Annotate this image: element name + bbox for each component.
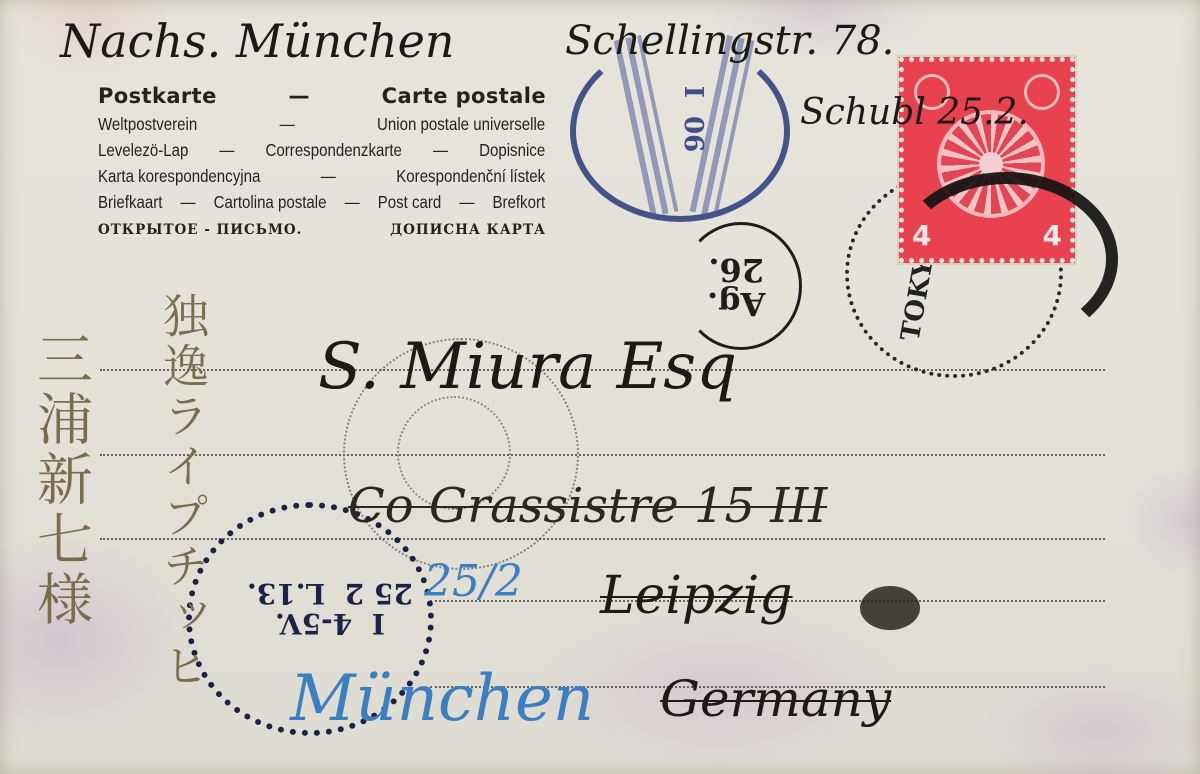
postmark-line: I <box>372 607 385 640</box>
printed-header: Postkarte — Carte postale Weltpostverein… <box>98 84 546 238</box>
stamp-corner-ornament <box>1024 74 1060 110</box>
forwarding-note: Nachs. München <box>60 14 455 68</box>
header-bulgarian: ДОПИСНА КАРТА <box>390 222 546 238</box>
header-text: Union postale universelle <box>377 114 545 134</box>
header-text: Post card <box>378 192 442 212</box>
header-text: Correspondenzkarte <box>266 140 402 160</box>
header-cyrillic: ОТКРЫТОЕ - ПИСЬМО. ДОПИСНА КАРТА <box>98 222 546 238</box>
header-line-1: Weltpostverein — Union postale universel… <box>98 114 545 134</box>
header-text: — <box>280 114 295 134</box>
blue-city-note: München <box>290 662 594 736</box>
header-text: Brefkort <box>492 192 545 212</box>
title-german: Postkarte <box>98 84 217 108</box>
header-text: — <box>219 140 234 160</box>
header-text: — <box>180 192 195 212</box>
blue-date-note: 25/2 <box>424 556 523 607</box>
header-text: — <box>321 166 336 186</box>
cancel-arc <box>894 172 1118 346</box>
struck-country: Germany <box>660 670 891 728</box>
header-text: Weltpostverein <box>98 114 197 134</box>
header-line-2: Levelezö-Lap — Correspondenzkarte — Dopi… <box>98 140 545 160</box>
forwarding-street: Schellingstr. 78. <box>565 18 894 64</box>
title-separator: — <box>288 84 309 108</box>
ink-blot <box>860 586 920 630</box>
title-french: Carte postale <box>382 84 546 108</box>
struck-city: Leipzig <box>600 566 793 626</box>
header-text: — <box>433 140 448 160</box>
header-text: Levelezö-Lap <box>98 140 188 160</box>
addressee-name: S. Miura Esq <box>318 330 737 404</box>
header-text: Karta korespondencyjna <box>98 166 260 186</box>
header-text: Briefkaart <box>98 192 162 212</box>
struck-street: Co Grassistre 15 III <box>348 478 827 534</box>
postmark-date: I 06 <box>678 86 708 152</box>
header-text: Cartolina postale <box>214 192 327 212</box>
japanese-name-column: 三浦新七様 <box>30 330 90 630</box>
postmark-line: 4-5V. <box>275 607 352 640</box>
postmark-date: I 4-5V. 25 2 L.13. <box>247 578 413 638</box>
header-text: — <box>459 192 474 212</box>
header-russian: ОТКРЫТОЕ - ПИСЬМО. <box>98 222 302 238</box>
header-line-3: Karta korespondencyjna — Korespondenční … <box>98 166 545 186</box>
header-text: Korespondenční lístek <box>396 166 545 186</box>
japanese-address-column: 独逸ライプチッヒ <box>158 292 208 692</box>
address-line <box>100 454 1105 456</box>
header-text: — <box>345 192 360 212</box>
postmark-date: Ag.26. <box>707 253 765 321</box>
postmark-line: L.13. <box>247 577 325 610</box>
forwarding-date-note: Schubl 25.2. <box>800 92 1029 133</box>
japan-postmark: I 06 <box>570 40 790 222</box>
postcard: Postkarte — Carte postale Weltpostverein… <box>0 0 1200 774</box>
header-line-4: Briefkaart — Cartolina postale — Post ca… <box>98 192 545 212</box>
japanese-stamp: 4 4 <box>899 57 1075 263</box>
postmark-line: 25 2 <box>345 577 413 610</box>
header-text: Dopisnice <box>479 140 545 160</box>
card-title: Postkarte — Carte postale <box>98 84 546 108</box>
